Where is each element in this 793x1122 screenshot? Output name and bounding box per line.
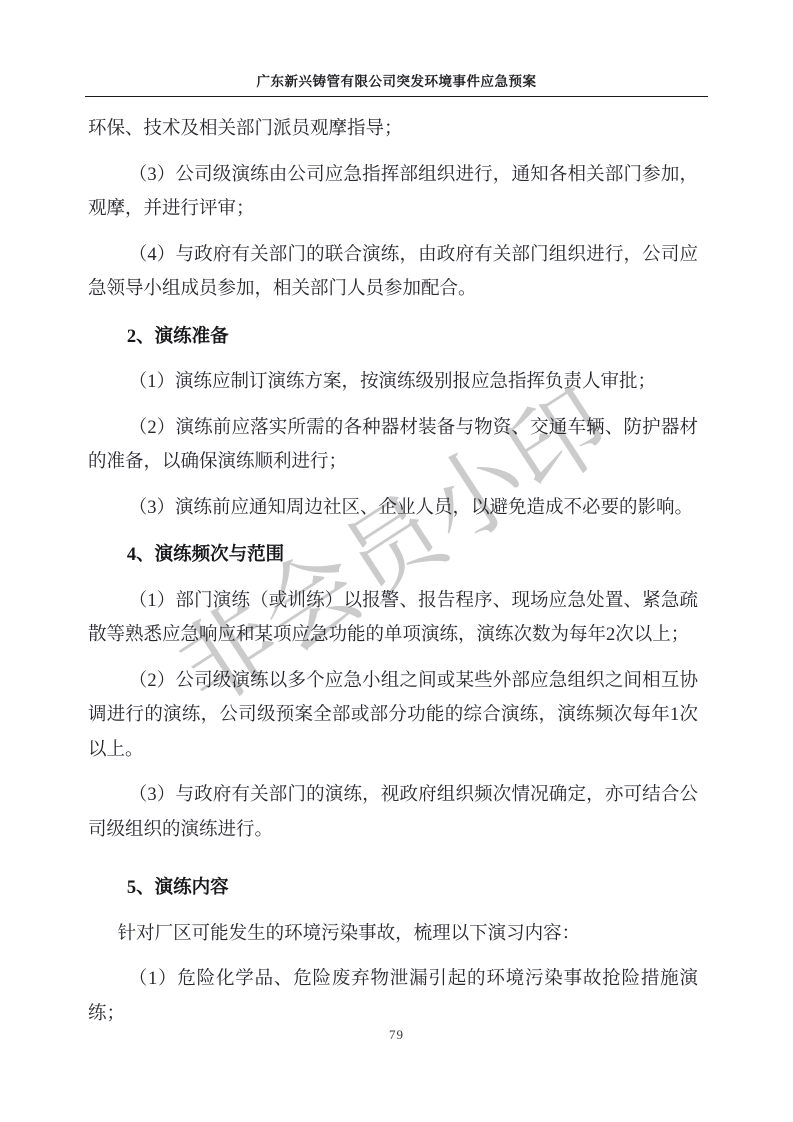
document-page: 广东新兴铸管有限公司突发环境事件应急预案 非会员小印 环保、技术及相关部门派员观… bbox=[0, 0, 793, 1122]
paragraph: 针对厂区可能发生的环境污染事故，梳理以下演习内容： bbox=[88, 917, 698, 952]
paragraph: （4）与政府有关部门的联合演练，由政府有关部门组织进行，公司应急领导小组成员参加… bbox=[88, 238, 698, 307]
paragraph: （3）演练前应通知周边社区、企业人员，以避免造成不必要的影响。 bbox=[88, 491, 698, 526]
section-heading: 2、演练准备 bbox=[88, 320, 698, 355]
page-number: 79 bbox=[389, 1027, 404, 1042]
paragraph: （3）公司级演练由公司应急指挥部组织进行，通知各相关部门参加，观摩，并进行评审； bbox=[88, 158, 698, 227]
document-body: 环保、技术及相关部门派员观摩指导； （3）公司级演练由公司应急指挥部组织进行，通… bbox=[88, 112, 698, 1031]
paragraph: （1）部门演练（或训练）以报警、报告程序、现场应急处置、紧急疏散等熟悉应急响应和… bbox=[88, 584, 698, 653]
page-header: 广东新兴铸管有限公司突发环境事件应急预案 bbox=[85, 70, 708, 97]
page-footer: 79 bbox=[0, 1026, 793, 1044]
paragraph: （1）演练应制订演练方案，按演练级别报应急指挥负责人审批； bbox=[88, 365, 698, 400]
header-title: 广东新兴铸管有限公司突发环境事件应急预案 bbox=[257, 74, 537, 89]
section-heading: 4、演练频次与范围 bbox=[88, 538, 698, 573]
paragraph: （3）与政府有关部门的演练，视政府组织频次情况确定，亦可结合公司级组织的演练进行… bbox=[88, 778, 698, 847]
paragraph: （2）演练前应落实所需的各种器材装备与物资、交通车辆、防护器材的准备，以确保演练… bbox=[88, 411, 698, 480]
paragraph: （2）公司级演练以多个应急小组之间或某些外部应急组织之间相互协调进行的演练，公司… bbox=[88, 664, 698, 768]
section-heading: 5、演练内容 bbox=[88, 871, 698, 906]
paragraph: 环保、技术及相关部门派员观摩指导； bbox=[88, 112, 698, 147]
paragraph: （1）危险化学品、危险废弃物泄漏引起的环境污染事故抢险措施演练； bbox=[88, 962, 698, 1031]
